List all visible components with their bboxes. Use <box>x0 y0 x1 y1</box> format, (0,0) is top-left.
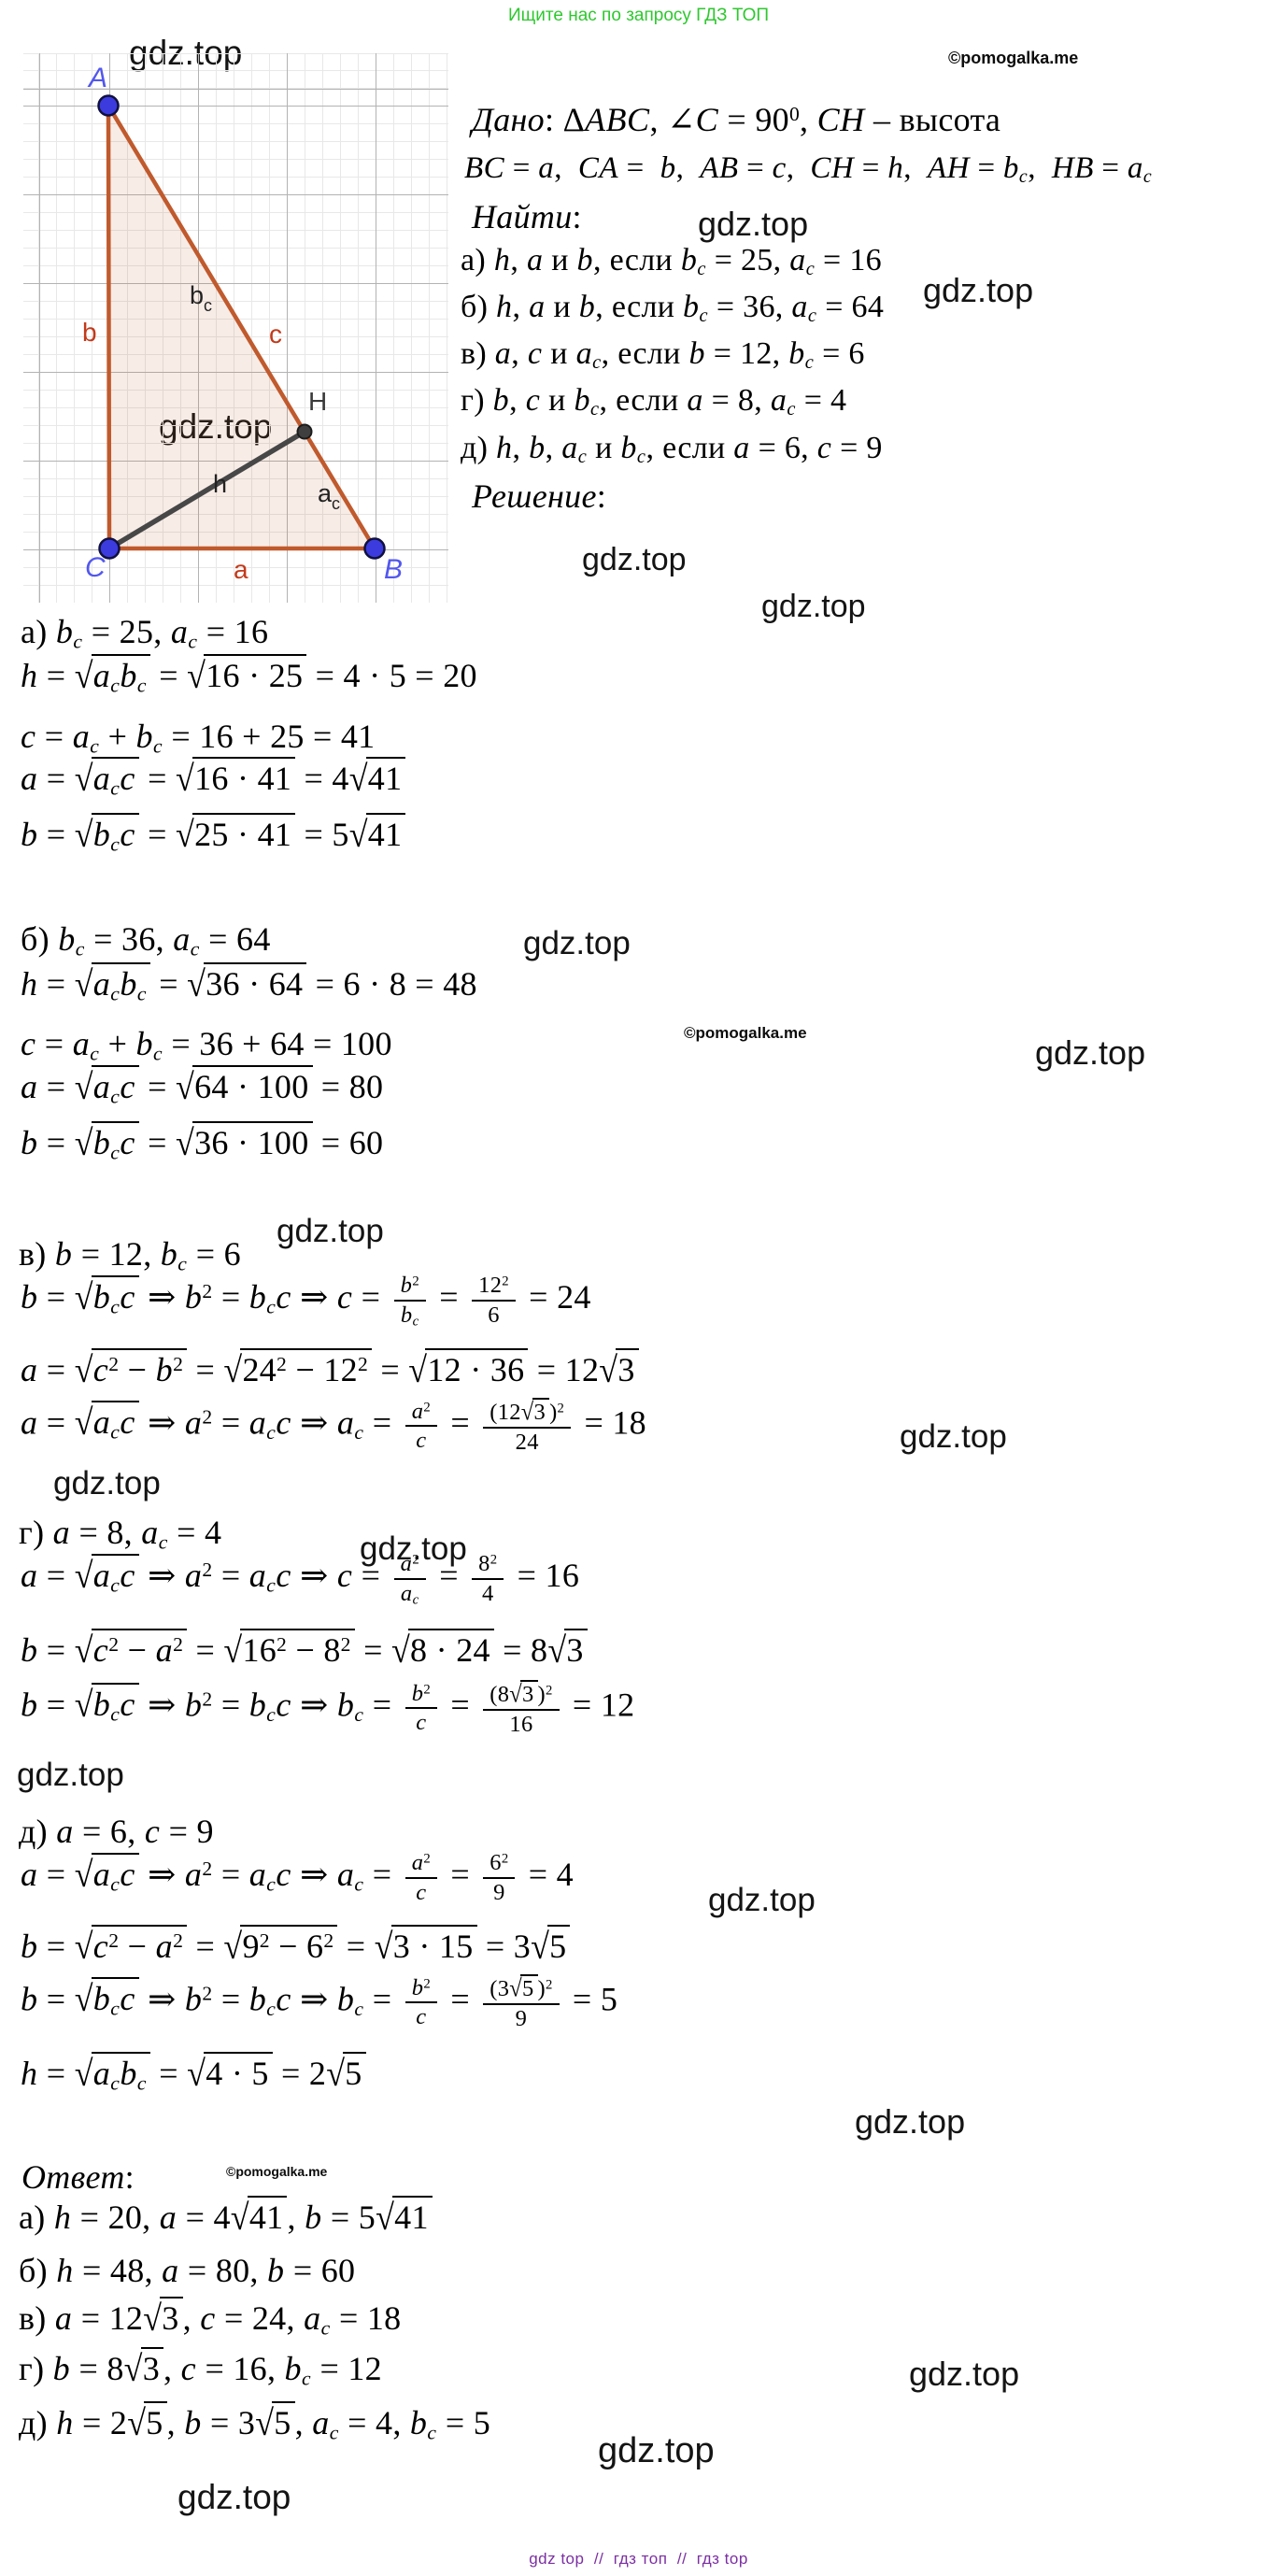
side-label-b: b <box>82 318 97 347</box>
site-watermark: gdz.top <box>53 1465 161 1502</box>
side-label-a: a <box>234 555 248 584</box>
answer-line-g: г) b = 8√3, c = 16, bc = 12 <box>19 2347 382 2388</box>
relations-line: BC = a, CA = b, AB = c, CH = h, AH = bc,… <box>464 151 1152 187</box>
site-watermark: gdz.top <box>582 542 687 578</box>
site-watermark: gdz.top <box>17 1757 124 1794</box>
sol-g-line-3: b = √bcc ⇒ b2 = bcc ⇒ bc = b2c = (8√3)21… <box>21 1680 634 1736</box>
answer-head: Ответ: <box>21 2158 135 2197</box>
sol-g-line-1: a = √acc ⇒ a2 = acc ⇒ c = a2ac = 824 = 1… <box>21 1552 579 1605</box>
find-item-a: а) h, a и b, если bc = 25, ac = 16 <box>461 242 882 278</box>
solution-label: Решение: <box>472 477 606 516</box>
vertex-label-a: A <box>87 63 107 93</box>
find-item-g: г) b, c и bc, если a = 8, ac = 4 <box>461 382 846 419</box>
header-note: Ищите нас по запросу ГДЗ ТОП <box>0 6 1277 26</box>
sol-d-head: д) a = 6, c = 9 <box>19 1813 214 1851</box>
sol-a-head: а) bc = 25, ac = 16 <box>21 613 268 651</box>
sol-a-line-4: b = √bcc = √25 · 41 = 5√41 <box>21 813 405 854</box>
answer-line-v: в) a = 12√3, c = 24, ac = 18 <box>19 2297 401 2338</box>
brand-watermark: ©pomogalka.me <box>684 1024 807 1043</box>
sol-g-head: г) a = 8, ac = 4 <box>19 1514 221 1552</box>
sol-d-line-3: b = √bcc ⇒ b2 = bcc ⇒ bc = b2c = (3√5)29… <box>21 1974 617 2030</box>
page: Ищите нас по запросу ГДЗ ТОП ©pomogalka.… <box>0 0 1277 2576</box>
answer-line-d: д) h = 2√5, b = 3√5, ac = 4, bc = 5 <box>19 2401 490 2442</box>
site-watermark: gdz.top <box>698 205 808 244</box>
sol-b-line-2: c = ac + bc = 36 + 64 = 100 <box>21 1025 392 1063</box>
vertex-a-dot <box>99 96 119 116</box>
footer-note: gdz top // гдз топ // гдз top <box>0 2550 1277 2569</box>
sol-b-line-3: a = √acc = √64 · 100 = 80 <box>21 1065 383 1106</box>
vertex-label-c: C <box>85 552 106 583</box>
site-watermark: gdz.top <box>923 271 1033 310</box>
site-watermark: gdz.top <box>900 1418 1007 1456</box>
triangle-figure: A C B H b c a bc h ac <box>23 53 448 603</box>
site-watermark: gdz.top <box>523 925 631 962</box>
brand-watermark: ©pomogalka.me <box>948 49 1078 68</box>
sol-g-line-2: b = √c2 − a2 = √162 − 82 = √8 · 24 = 8√3 <box>21 1629 588 1670</box>
find-item-b: б) h, a и b, если bc = 36, ac = 64 <box>461 289 884 325</box>
sol-d-line-4: h = √acbc = √4 · 5 = 2√5 <box>21 2052 366 2093</box>
sol-b-line-4: b = √bcc = √36 · 100 = 60 <box>21 1121 383 1162</box>
sol-a-line-1: h = √acbc = √16 · 25 = 4 · 5 = 20 <box>21 654 477 695</box>
sol-v-line-3: a = √acc ⇒ a2 = acc ⇒ ac = a2c = (12√3)2… <box>21 1398 646 1454</box>
sol-v-line-1: b = √bcc ⇒ b2 = bcc ⇒ c = b2bc = 1226 = … <box>21 1274 591 1327</box>
answer-line-b: б) h = 48, a = 80, b = 60 <box>19 2252 355 2290</box>
sol-b-head: б) bc = 36, ac = 64 <box>21 920 271 959</box>
sol-d-line-2: b = √c2 − a2 = √92 − 62 = √3 · 15 = 3√5 <box>21 1925 570 1966</box>
answer-line-a: а) h = 20, a = 4√41, b = 5√41 <box>19 2196 433 2237</box>
sol-d-line-1: a = √acc ⇒ a2 = acc ⇒ ac = a2c = 629 = 4 <box>21 1851 574 1904</box>
site-watermark: gdz.top <box>708 1882 816 1919</box>
vertex-b-dot <box>365 539 385 559</box>
sol-a-line-2: c = ac + bc = 16 + 25 = 41 <box>21 718 376 756</box>
find-label: Найти: <box>472 198 582 236</box>
vertex-label-b: B <box>384 554 403 585</box>
foot-h-dot <box>298 425 312 439</box>
sol-b-line-1: h = √acbc = √36 · 64 = 6 · 8 = 48 <box>21 962 477 1003</box>
find-item-d: д) h, b, ac и bc, если a = 6, c = 9 <box>461 430 883 466</box>
given-line: Дано: ΔABC, ∠C = 900, CH – высота <box>472 101 1000 139</box>
sol-v-head: в) b = 12, bc = 6 <box>19 1235 241 1274</box>
brand-watermark: ©pomogalka.me <box>226 2164 327 2179</box>
side-label-c: c <box>269 320 282 349</box>
triangle-abc <box>108 106 375 548</box>
site-watermark: gdz.top <box>761 589 866 625</box>
site-watermark: gdz.top <box>277 1213 384 1250</box>
site-watermark: gdz.top <box>909 2355 1019 2394</box>
find-item-v: в) a, c и ac, если b = 12, bc = 6 <box>461 335 865 372</box>
segment-label-h: h <box>213 470 227 498</box>
site-watermark: gdz.top <box>598 2431 715 2471</box>
sol-a-line-3: a = √acc = √16 · 41 = 4√41 <box>21 757 405 798</box>
site-watermark: gdz.top <box>855 2102 965 2142</box>
point-label-h: H <box>308 387 327 416</box>
sol-v-line-2: a = √c2 − b2 = √242 − 122 = √12 · 36 = 1… <box>21 1348 639 1389</box>
site-watermark: gdz.top <box>1035 1033 1145 1073</box>
site-watermark: gdz.top <box>177 2478 291 2517</box>
